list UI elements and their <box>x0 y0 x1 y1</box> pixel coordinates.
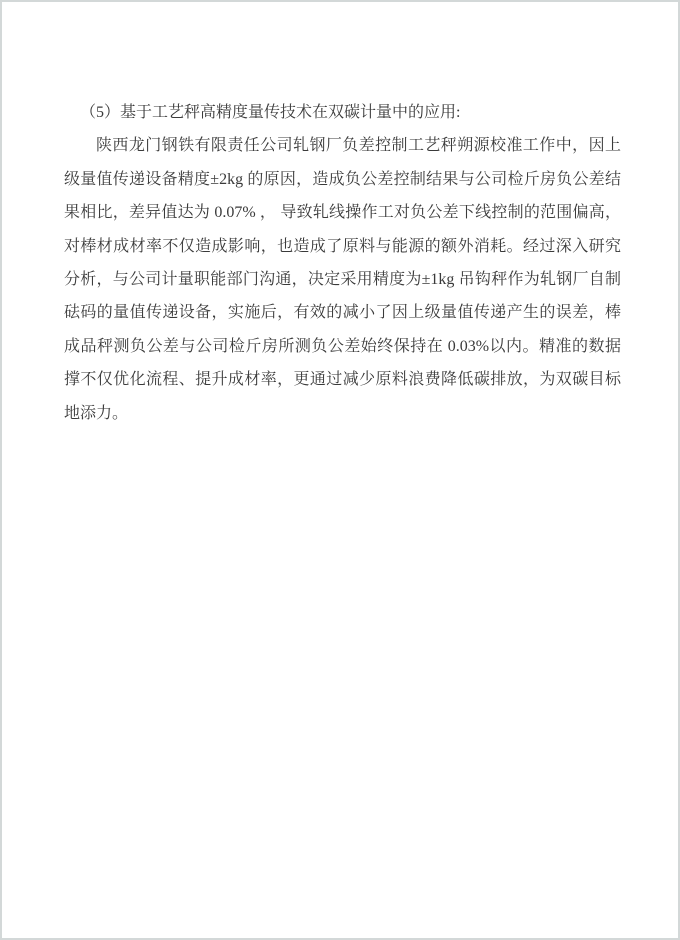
document-page: { "page": { "background": "#ffffff", "bo… <box>0 0 680 940</box>
section-heading: （5）基于工艺秤高精度量传技术在双碳计量中的应用: <box>64 96 621 129</box>
paragraph-line: 果相比，差异值达为 0.07% ， 导致轧线操作工对负公差下线控制的范围偏高， <box>64 196 621 229</box>
body-paragraph: 陕西龙门钢铁有限责任公司轧钢厂负差控制工艺秤朔源校准工作中，因上 级量值传递设备… <box>64 129 621 430</box>
paragraph-line: 对棒材成材率不仅造成影响，也造成了原料与能源的额外消耗。经过深入研究与 <box>64 230 621 263</box>
paragraph-line: 砝码的量值传递设备，实施后，有效的减小了因上级量值传递产生的误差，棒材 <box>64 296 621 329</box>
page-content: （5）基于工艺秤高精度量传技术在双碳计量中的应用: 陕西龙门钢铁有限责任公司轧钢… <box>2 2 678 430</box>
paragraph-line: 撑不仅优化流程、提升成材率，更通过减少原料浪费降低碳排放，为双碳目标落 <box>64 363 621 396</box>
paragraph-line: 分析，与公司计量职能部门沟通，决定采用精度为±1kg 吊钩秤作为轧钢厂自制 <box>64 263 621 296</box>
paragraph-line: 地添力。 <box>64 397 621 430</box>
paragraph-line: 成品秤测负公差与公司检斤房所测负公差始终保持在 0.03%以内。精准的数据支 <box>64 330 621 363</box>
paragraph-line: 级量值传递设备精度±2kg 的原因，造成负公差控制结果与公司检斤房负公差结 <box>64 163 621 196</box>
paragraph-line: 陕西龙门钢铁有限责任公司轧钢厂负差控制工艺秤朔源校准工作中，因上 <box>64 129 621 162</box>
